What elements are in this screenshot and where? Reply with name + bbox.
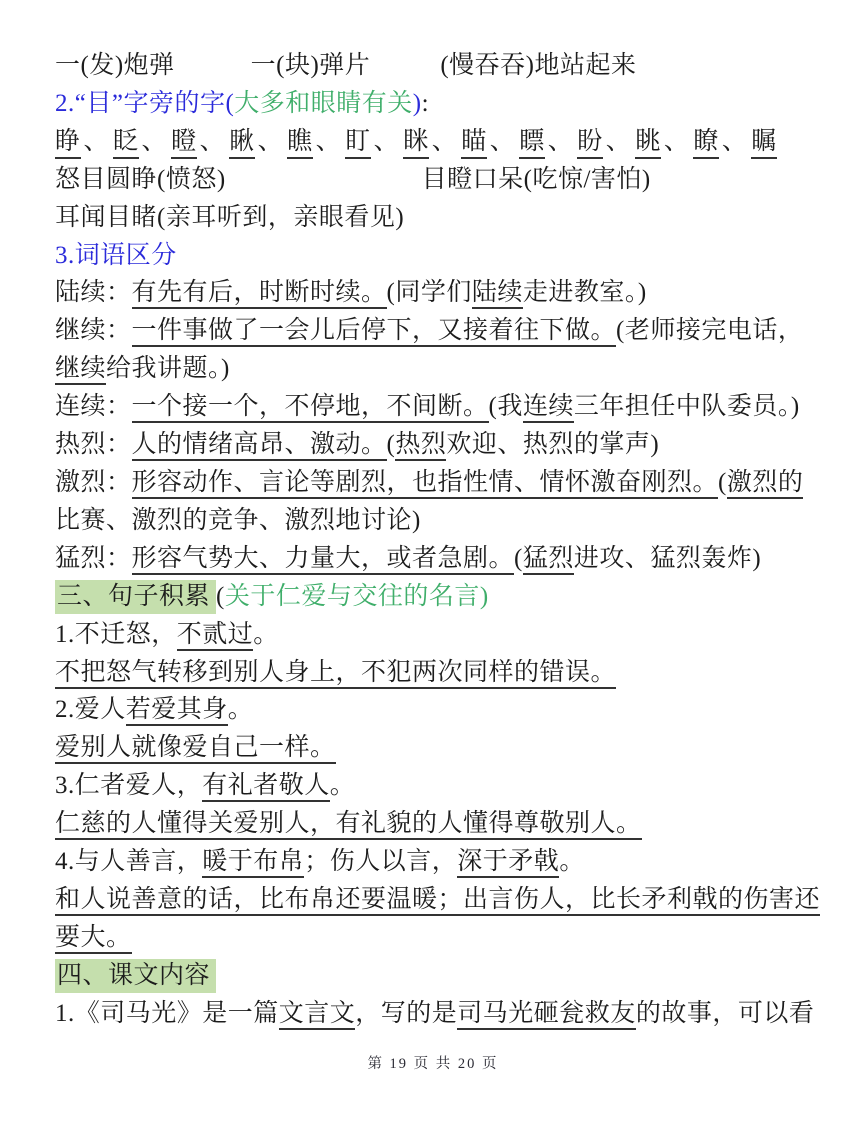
text-segment: 司马光砸瓮救友 [457, 1000, 636, 1030]
text-segment: ) [480, 583, 489, 610]
mu-radical-character: 眯 [403, 128, 429, 159]
text-segment: 文言文 [279, 1000, 356, 1030]
document-body: 一(发)炮弹一(块)弹片(慢吞吞)地站起来2.“目”字旁的字(大多和眼睛有关):… [55, 47, 817, 1033]
quote-4-meaning-2: 要大。 [55, 919, 817, 957]
text-segment: 有礼者敬人 [202, 772, 330, 802]
text-segment: 仁慈的人懂得关爱别人，有礼貌的人懂得尊敬别人。 [55, 810, 642, 840]
text-segment: 形容动作、言论等剧烈，也指性情、情怀激奋刚烈。 [132, 469, 719, 499]
text-segment: 一(发)炮弹 [55, 52, 175, 79]
list-separator: 、 [487, 128, 520, 155]
heading-word-distinction: 3.词语区分 [55, 237, 817, 275]
text-segment: 不把怒气转移到别人身上，不犯两次同样的错误。 [55, 659, 616, 689]
text-segment: 目瞪口呆(吃惊/害怕) [422, 166, 651, 193]
quote-2-meaning: 爱别人就像爱自己一样。 [55, 729, 817, 767]
text-segment: 陆续 [472, 279, 523, 309]
text-segment: 。 [559, 848, 585, 875]
text-segment: 连续： [55, 393, 132, 420]
text-segment: 3.仁者爱人， [55, 772, 202, 799]
list-separator: 、 [313, 128, 346, 155]
text-segment: 欢迎、热烈的掌声) [446, 431, 659, 458]
list-separator: 、 [661, 128, 694, 155]
text-segment: 2.“目”字旁的字( [55, 90, 234, 117]
quote-2: 2.爱人若爱其身。 [55, 691, 817, 729]
text-segment: (我 [489, 393, 523, 420]
text-segment: ，写的是 [355, 1000, 457, 1027]
mu-radical-character: 瞧 [287, 128, 313, 159]
text-segment: 三年担任中队委员。) [574, 393, 800, 420]
text-segment: 大多和眼睛有关 [234, 90, 413, 117]
text-segment: 若爱其身 [126, 696, 228, 726]
idiom-line-2: 耳闻目睹(亲耳听到，亲眼看见) [55, 199, 817, 237]
mu-radical-character: 眺 [635, 128, 661, 159]
quote-4: 4.与人善言，暖于布帛；伤人以言，深于矛戟。 [55, 843, 817, 881]
text-segment: 激烈： [55, 469, 132, 496]
def-lianxu: 连续：一个接一个，不停地，不间断。(我连续三年担任中队委员。) [55, 388, 817, 426]
text-segment: 走进教室。) [523, 279, 647, 306]
highlighted-heading-text: 四、课文内容 [55, 959, 216, 993]
text-segment: 。 [253, 621, 279, 648]
def-relie: 热烈：人的情绪高昂、激动。(热烈欢迎、热烈的掌声) [55, 426, 817, 464]
list-separator: 、 [429, 128, 462, 155]
mu-radical-character: 瞭 [693, 128, 719, 159]
text-segment: 热烈 [395, 431, 446, 461]
text-segment: 有先有后，时断时续。 [132, 279, 387, 309]
list-separator: 、 [197, 128, 230, 155]
text-segment: 耳闻目睹(亲耳听到，亲眼看见) [55, 204, 404, 231]
quote-3-meaning: 仁慈的人懂得关爱别人，有礼貌的人懂得尊敬别人。 [55, 805, 817, 843]
text-segment: 不贰过 [177, 621, 254, 651]
mu-radical-character: 瞟 [519, 128, 545, 159]
mu-radical-character: 盼 [577, 128, 603, 159]
text-segment: 。 [330, 772, 356, 799]
def-menglie: 猛烈：形容气势大、力量大，或者急剧。(猛烈进攻、猛烈轰炸) [55, 540, 817, 578]
text-segment: 4.与人善言， [55, 848, 202, 875]
text-segment: 怒目圆睁(愤怒) [55, 166, 226, 193]
text-segment: (慢吞吞)地站起来 [440, 52, 636, 79]
def-jilie-1: 激烈：形容动作、言论等剧烈，也指性情、情怀激奋刚烈。(激烈的 [55, 464, 817, 502]
text-segment: 爱别人就像爱自己一样。 [55, 734, 336, 764]
heading-sentence-accumulation: 三、句子积累(关于仁爱与交往的名言) [55, 578, 817, 616]
text-segment: 。 [228, 696, 254, 723]
text-segment: 猛烈： [55, 545, 132, 572]
page-number-indicator: 第 19 页 共 20 页 [0, 1052, 866, 1073]
quote-1: 1.不迁怒，不贰过。 [55, 616, 817, 654]
text-segment: 热烈： [55, 431, 132, 458]
text-segment: 比赛、激烈的竞争、激烈地讨论) [55, 507, 421, 534]
text-segment: 深于矛戟 [457, 848, 559, 878]
mu-radical-character: 瞪 [171, 128, 197, 159]
mu-radical-character: 眨 [113, 128, 139, 159]
text-segment: 猛烈 [523, 545, 574, 575]
def-luxu: 陆续：有先有后，时断时续。(同学们陆续走进教室。) [55, 274, 817, 312]
text-segment: 1.不迁怒， [55, 621, 177, 648]
quantifier-fill-line: 一(发)炮弹一(块)弹片(慢吞吞)地站起来 [55, 47, 817, 85]
text-segment: 陆续： [55, 279, 132, 306]
text-segment: 给我讲题。) [106, 355, 230, 382]
text-segment: ( [718, 469, 727, 496]
mu-radical-character: 瞅 [229, 128, 255, 159]
text-segment: 2.爱人 [55, 696, 126, 723]
text-segment: 关于仁爱与交往的名言 [225, 583, 480, 610]
text-segment: 的故事，可以看 [636, 1000, 815, 1027]
text-segment: 1.《司马光》是一篇 [55, 1000, 279, 1027]
text-segment: ；伤人以言， [304, 848, 457, 875]
text-segment: ( [216, 583, 225, 610]
list-separator: 、 [371, 128, 404, 155]
list-separator: 、 [139, 128, 172, 155]
mu-radical-character: 瞄 [461, 128, 487, 159]
text-segment: 继续： [55, 317, 132, 344]
text-segment: 一件事做了一会儿后停下，又接着往下做。 [132, 317, 617, 347]
mu-radical-char-list: 睁、眨、瞪、瞅、瞧、盯、眯、瞄、瞟、盼、眺、瞭、瞩 [55, 123, 817, 161]
list-separator: 、 [81, 128, 114, 155]
text-segment: ) [413, 90, 422, 117]
document-page: 一(发)炮弹一(块)弹片(慢吞吞)地站起来2.“目”字旁的字(大多和眼睛有关):… [0, 0, 866, 1122]
idiom-line-1: 怒目圆睁(愤怒)目瞪口呆(吃惊/害怕) [55, 161, 817, 199]
list-separator: 、 [545, 128, 578, 155]
quote-1-meaning: 不把怒气转移到别人身上，不犯两次同样的错误。 [55, 654, 817, 692]
text-segment: (老师接完电话， [616, 317, 803, 344]
text-segment: 形容气势大、力量大，或者急剧。 [132, 545, 515, 575]
list-separator: 、 [255, 128, 288, 155]
text-segment: 暖于布帛 [202, 848, 304, 878]
text-segment: : [422, 90, 429, 117]
text-segment: 人的情绪高昂、激动。 [132, 431, 387, 461]
mu-radical-character: 瞩 [751, 128, 777, 159]
quote-4-meaning-1: 和人说善意的话，比布帛还要温暖；出言伤人，比长矛利戟的伤害还 [55, 881, 817, 919]
text-segment: 激烈的 [727, 469, 804, 499]
lesson-content-line-1: 1.《司马光》是一篇文言文，写的是司马光砸瓮救友的故事，可以看 [55, 995, 817, 1033]
text-segment: ( [514, 545, 523, 572]
text-segment: 连续 [523, 393, 574, 423]
def-jilie-2: 比赛、激烈的竞争、激烈地讨论) [55, 502, 817, 540]
list-separator: 、 [719, 128, 752, 155]
mu-radical-character: 盯 [345, 128, 371, 159]
text-segment: 一(块)弹片 [251, 52, 371, 79]
heading-mu-radical: 2.“目”字旁的字(大多和眼睛有关): [55, 85, 817, 123]
text-segment: 继续 [55, 355, 106, 385]
def-jixu-1: 继续：一件事做了一会儿后停下，又接着往下做。(老师接完电话， [55, 312, 817, 350]
text-segment: 3.词语区分 [55, 242, 177, 269]
mu-radical-character: 睁 [55, 128, 81, 159]
text-segment: 要大。 [55, 924, 132, 954]
def-jixu-2: 继续给我讲题。) [55, 350, 817, 388]
heading-lesson-content: 四、课文内容 [55, 957, 817, 995]
text-segment: 一个接一个，不停地，不间断。 [132, 393, 489, 423]
list-separator: 、 [603, 128, 636, 155]
text-segment: 进攻、猛烈轰炸) [574, 545, 761, 572]
text-segment: (同学们 [387, 279, 472, 306]
text-segment: 和人说善意的话，比布帛还要温暖；出言伤人，比长矛利戟的伤害还 [55, 886, 820, 916]
highlighted-heading-text: 三、句子积累 [55, 580, 216, 614]
quote-3: 3.仁者爱人，有礼者敬人。 [55, 767, 817, 805]
